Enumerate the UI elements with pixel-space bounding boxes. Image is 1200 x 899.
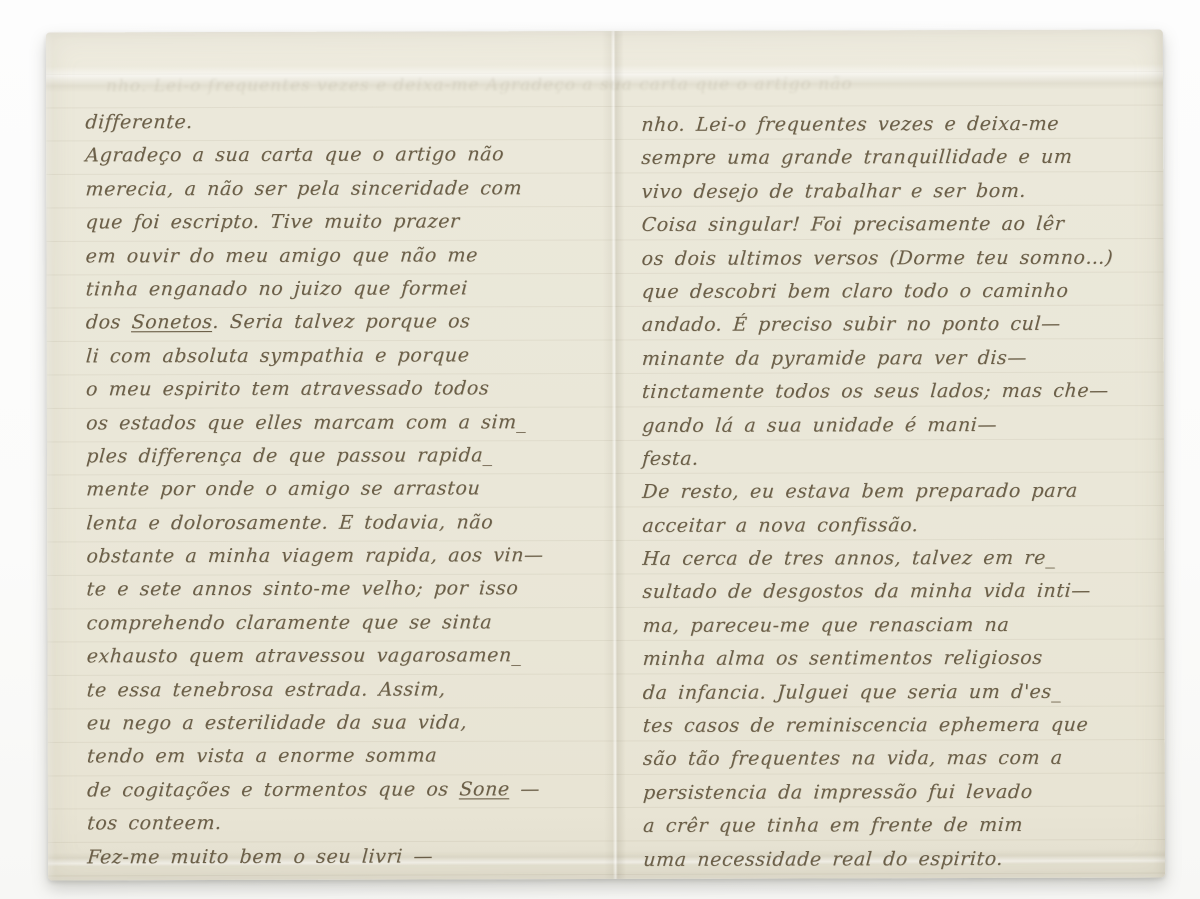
sheet-edge-shading	[46, 30, 1165, 881]
photo-background: nho. Lei-o frequentes vezes e deixa-me A…	[0, 0, 1200, 899]
letter-sheet: nho. Lei-o frequentes vezes e deixa-me A…	[46, 30, 1165, 881]
